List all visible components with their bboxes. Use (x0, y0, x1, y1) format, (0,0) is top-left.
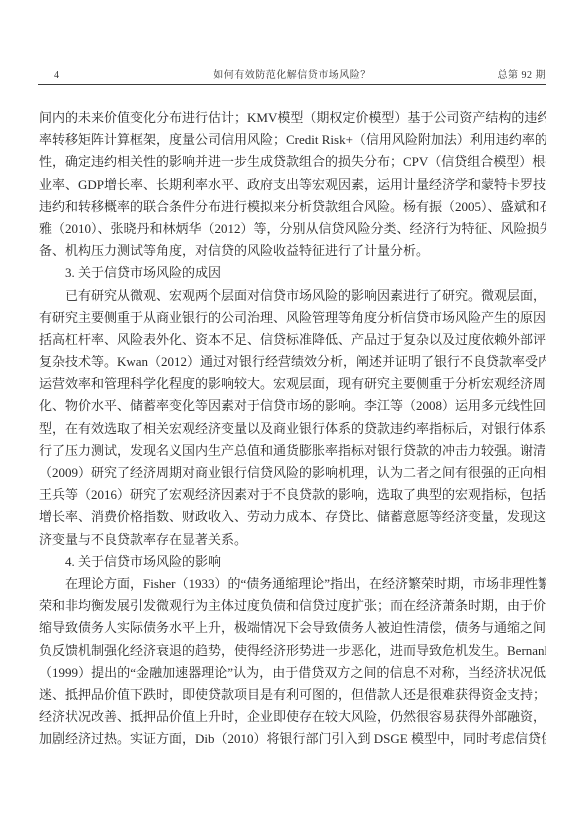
body-line: 复杂技术等。Kwan（2012）通过对银行经营绩效分析，阐述并证明了银行不良贷款… (39, 351, 546, 373)
running-title: 如何有效防范化解信贷市场风险？ (38, 66, 546, 81)
body-line: 在理论方面，Fisher（1933）的“债务通缩理论”指出，在经济繁荣时期，市场… (39, 573, 546, 595)
body-line: 王兵等（2016）研究了宏观经济因素对于不良贷款的影响，选取了典型的宏观指标，包… (39, 484, 546, 506)
section-heading-3: 3. 关于信贷市场风险的成因 (39, 262, 546, 284)
body-line: 荣和非均衡发展引发微观行为主体过度负债和信贷过度扩张；而在经济萧条时期，由于价格… (39, 595, 546, 617)
section-heading-4: 4. 关于信贷市场风险的影响 (39, 551, 546, 573)
body-line: 加剧经济过热。实证方面，Dib（2010）将银行部门引入到 DSGE 模型中，同… (39, 728, 546, 750)
body-line: 型，在有效选取了相关宏观经济变量以及商业银行体系的贷款违约率指标后，对银行体系进 (39, 418, 546, 440)
body-line: 运营效率和管理科学化程度的影响较大。宏观层面，现有研究主要侧重于分析宏观经济周期… (39, 373, 546, 395)
body-line: 负反馈机制强化经济衰退的趋势，使得经济形势进一步恶化，进而导致危机发生。Bern… (39, 640, 546, 662)
body-line: 经济状况改善、抵押品价值上升时，企业即使存在较大风险，仍然很容易获得外部融资，从… (39, 706, 546, 728)
header-rule (38, 84, 546, 85)
body-line: 间内的未来价值变化分布进行估计；KMV模型（期权定价模型）基于公司资产结构的违约… (39, 107, 546, 129)
body-line: 括高杠杆率、风险表外化、资本不足、信贷标准降低、产品过于复杂以及过度依赖外部评级… (39, 329, 546, 351)
body-line: （2009）研究了经济周期对商业银行信贷风险的影响机理，认为二者之间有很强的正向… (39, 462, 546, 484)
body-line: 化、物价水平、储蓄率变化等因素对于信贷市场的影响。李江等（2008）运用多元线性… (39, 395, 546, 417)
body-line: 率转移矩阵计算框架，度量公司信用风险；Credit Risk+（信用风险附加法）… (39, 129, 546, 151)
body-line: 业率、GDP增长率、长期利率水平、政府支出等宏观因素，运用计量经济学和蒙特卡罗技… (39, 174, 546, 196)
body-line: 济变量与不良贷款率存在显著关系。 (39, 529, 546, 551)
body-line: 迷、抵押品价值下跌时，即使贷款项目是有利可图的，但借款人还是很难获得资金支持；而… (39, 684, 546, 706)
page-header: 4 如何有效防范化解信贷市场风险？ 总第 92 期 (38, 66, 546, 84)
body-line: 雅（2010）、张晓丹和林炳华（2012）等，分别从信贷风险分类、经济行为特征、… (39, 218, 546, 240)
body-line: 违约和转移概率的联合条件分布进行模拟来分析贷款组合风险。杨有振（2005）、盛斌… (39, 196, 546, 218)
body-line: 备、机构压力测试等角度，对信贷的风险收益特征进行了计量分析。 (39, 240, 546, 262)
body-line: 有研究主要侧重于从商业银行的公司治理、风险管理等角度分析信贷市场风险产生的原因，… (39, 307, 546, 329)
body-line: 增长率、消费价格指数、财政收入、劳动力成本、存贷比、储蓄意愿等经济变量，发现这些… (39, 506, 546, 528)
issue-number: 总第 92 期 (498, 66, 547, 81)
body-line: 行了压力测试，发现名义国内生产总值和通货膨胀率指标对银行贷款的冲击力较强。谢清河 (39, 440, 546, 462)
body-text: 间内的未来价值变化分布进行估计；KMV模型（期权定价模型）基于公司资产结构的违约… (39, 107, 546, 750)
body-line: 性，确定违约相关性的影响并进一步生成贷款组合的损失分布；CPV（信贷组合模型）根… (39, 151, 546, 173)
body-line: 缩导致债务人实际债务水平上升，极端情况下会导致债务人被迫性清偿，债务与通缩之间的 (39, 617, 546, 639)
body-line: （1999）提出的“金融加速器理论”认为，由于借贷双方之间的信息不对称，当经济状… (39, 662, 546, 684)
paper-page: 4 如何有效防范化解信贷市场风险？ 总第 92 期 间内的未来价值变化分布进行估… (0, 0, 583, 819)
body-line: 已有研究从微观、宏观两个层面对信贷市场风险的影响因素进行了研究。微观层面，现 (39, 285, 546, 307)
